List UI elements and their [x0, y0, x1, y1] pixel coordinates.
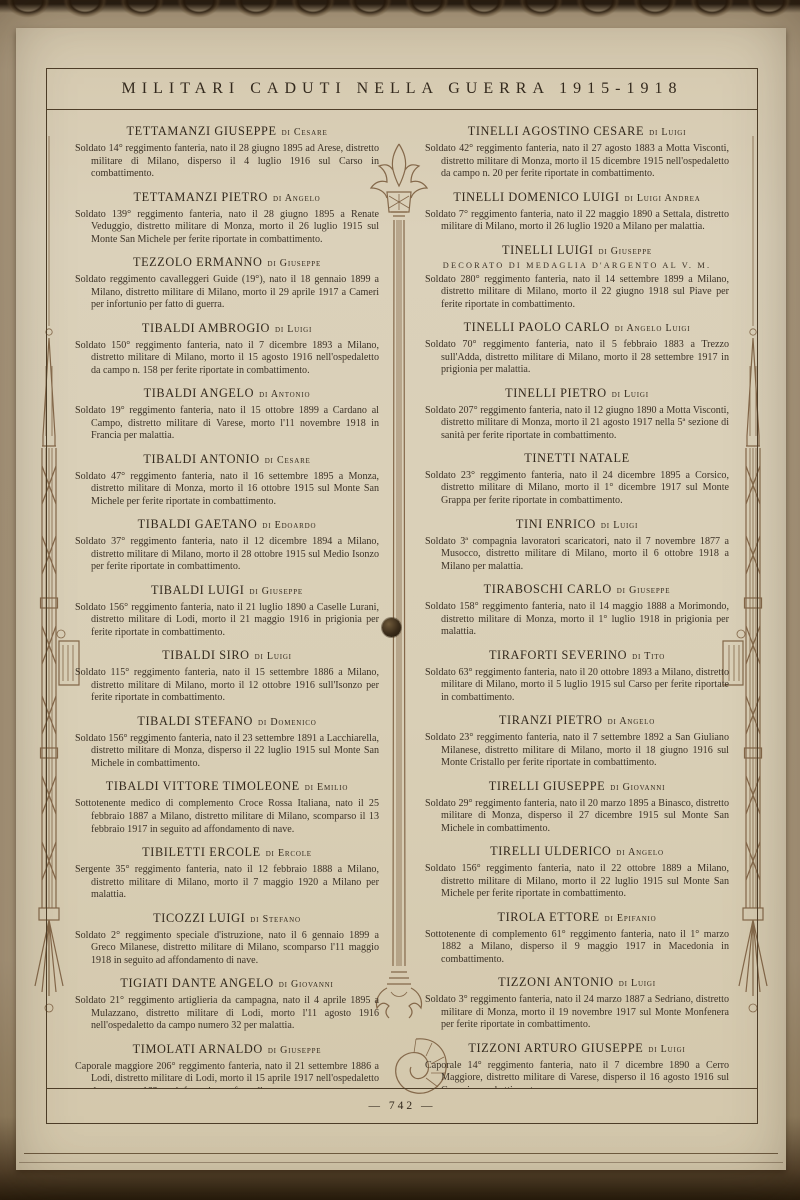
soldier-record: Soldato 3° reggimento fanteria, nato il …	[425, 994, 729, 1032]
soldier-name: TINELLI LUIGI	[502, 243, 593, 257]
soldier-record: Soldato 29° reggimento fanteria, nato il…	[425, 798, 729, 836]
soldier-record: Soldato 47° reggimento fanteria, nato il…	[75, 471, 379, 509]
soldier-patronymic: di Cesare	[282, 127, 328, 138]
soldier-name: TIRANZI PIETRO	[499, 713, 603, 727]
soldier-name: TINELLI AGOSTINO CESARE	[468, 124, 644, 138]
soldier-entry: TINELLI AGOSTINO CESAREdi Luigi Soldato …	[425, 124, 729, 181]
soldier-record: Soldato 14° reggimento fanteria, nato il…	[75, 143, 379, 181]
soldier-name: TETTAMANZI GIUSEPPE	[126, 124, 276, 138]
soldier-heading: TIGIATI DANTE ANGELOdi Giovanni	[75, 976, 379, 991]
soldier-patronymic: di Giovanni	[610, 782, 665, 793]
soldier-record: Soldato 156° reggimento fanteria, nato i…	[425, 863, 729, 901]
soldier-patronymic: di Luigi Andrea	[625, 193, 701, 204]
soldier-patronymic: di Ercole	[266, 848, 312, 859]
soldier-heading: TINELLI PIETROdi Luigi	[425, 386, 729, 401]
soldier-heading: TIBALDI AMBROGIOdi Luigi	[75, 321, 379, 336]
soldier-name: TIBALDI ANGELO	[144, 386, 255, 400]
soldier-record: Soldato 42° reggimento fanteria, nato il…	[425, 143, 729, 181]
soldier-name: TIBALDI AMBROGIO	[142, 321, 270, 335]
footer: — 742 —	[47, 1089, 757, 1123]
soldier-entry: TIZZONI ARTURO GIUSEPPEdi Luigi Caporale…	[425, 1041, 729, 1089]
soldier-heading: TIBALDI LUIGIdi Giuseppe	[75, 583, 379, 598]
soldier-name: TIRELLI ULDERICO	[490, 844, 611, 858]
soldier-entry: TIRELLI ULDERICOdi Angelo Soldato 156° r…	[425, 844, 729, 901]
page-edge-line-2	[19, 1162, 783, 1163]
soldier-name: TIRELLI GIUSEPPE	[489, 779, 606, 793]
soldier-name: TIMOLATI ARNALDO	[133, 1042, 263, 1056]
soldier-name: TIBALDI SIRO	[162, 648, 249, 662]
soldier-patronymic: di Antonio	[259, 389, 310, 400]
soldier-name: TIZZONI ANTONIO	[498, 975, 614, 989]
soldier-entry: TINELLI DOMENICO LUIGIdi Luigi Andrea So…	[425, 190, 729, 234]
soldier-record: Soldato 19° reggimento fanteria, nato il…	[75, 405, 379, 443]
soldier-heading: TIBALDI SIROdi Luigi	[75, 648, 379, 663]
soldier-heading: TINETTI NATALE	[425, 451, 729, 466]
soldier-entry: TIRAFORTI SEVERINOdi Tito Soldato 63° re…	[425, 648, 729, 705]
soldier-record: Soldato 63° reggimento fanteria, nato il…	[425, 667, 729, 705]
soldier-heading: TINELLI AGOSTINO CESAREdi Luigi	[425, 124, 729, 139]
soldier-entry: TIBALDI SIROdi Luigi Soldato 115° reggim…	[75, 648, 379, 705]
soldier-name: TINELLI PIETRO	[505, 386, 607, 400]
soldier-entry: TIBALDI VITTORE TIMOLEONEdi Emilio Sotto…	[75, 779, 379, 836]
column-right: TINELLI AGOSTINO CESAREdi Luigi Soldato …	[425, 124, 729, 1088]
soldier-entry: TICOZZI LUIGIdi Stefano Soldato 2° reggi…	[75, 911, 379, 968]
soldier-heading: TIRELLI ULDERICOdi Angelo	[425, 844, 729, 859]
page-edge-line	[24, 1153, 778, 1154]
soldier-record: Caporale 14° reggimento fanteria, nato i…	[425, 1060, 729, 1089]
soldier-name: TIZZONI ARTURO GIUSEPPE	[468, 1041, 643, 1055]
soldier-record: Sottotenente medico di complemento Croce…	[75, 798, 379, 836]
soldier-patronymic: di Angelo	[608, 716, 655, 727]
soldier-patronymic: di Giuseppe	[268, 1045, 322, 1056]
soldier-heading: TINELLI LUIGIdi Giuseppe	[425, 243, 729, 258]
soldier-patronymic: di Luigi	[255, 651, 292, 662]
soldier-name: TINI ENRICO	[516, 517, 596, 531]
soldier-patronymic: di Edoardo	[262, 520, 316, 531]
soldier-heading: TIBALDI STEFANOdi Domenico	[75, 714, 379, 729]
soldier-entry: TIBALDI ANTONIOdi Cesare Soldato 47° reg…	[75, 452, 379, 509]
soldier-entry: TIROLA ETTOREdi Epifanio Sottotenente di…	[425, 910, 729, 967]
soldier-record: Soldato 115° reggimento fanteria, nato i…	[75, 667, 379, 705]
soldier-record: Soldato 70° reggimento fanteria, nato il…	[425, 339, 729, 377]
title-band: MILITARI CADUTI NELLA GUERRA 1915-1918	[47, 69, 757, 110]
soldier-name: TIBALDI ANTONIO	[143, 452, 259, 466]
soldier-patronymic: di Angelo	[616, 847, 663, 858]
soldier-patronymic: di Angelo	[273, 193, 320, 204]
soldier-entry: TIRANZI PIETROdi Angelo Soldato 23° regg…	[425, 713, 729, 770]
soldier-name: TIBILETTI ERCOLE	[142, 845, 261, 859]
soldier-name: TIBALDI GAETANO	[138, 517, 258, 531]
soldier-entry: TIBALDI LUIGIdi Giuseppe Soldato 156° re…	[75, 583, 379, 640]
soldier-patronymic: di Tito	[632, 651, 665, 662]
soldier-record: Soldato 139° reggimento fanteria, nato i…	[75, 209, 379, 247]
soldier-name: TIGIATI DANTE ANGELO	[120, 976, 273, 990]
soldier-record: Soldato reggimento cavalleggeri Guide (1…	[75, 274, 379, 312]
soldier-patronymic: di Giuseppe	[268, 258, 322, 269]
soldier-entry: TIMOLATI ARNALDOdi Giuseppe Caporale mag…	[75, 1042, 379, 1089]
soldier-entry: TEZZOLO ERMANNOdi Giuseppe Soldato reggi…	[75, 255, 379, 312]
soldier-patronymic: di Cesare	[265, 455, 311, 466]
soldier-entry: TIRABOSCHI CARLOdi Giuseppe Soldato 158°…	[425, 582, 729, 639]
soldier-entry: TIRELLI GIUSEPPEdi Giovanni Soldato 29° …	[425, 779, 729, 836]
soldier-patronymic: di Giuseppe	[249, 586, 303, 597]
soldier-record: Soldato 150° reggimento fanteria, nato i…	[75, 340, 379, 378]
soldier-entry: TIBALDI GAETANOdi Edoardo Soldato 37° re…	[75, 517, 379, 574]
soldier-entry: TIBILETTI ERCOLEdi Ercole Sergente 35° r…	[75, 845, 379, 902]
soldier-name: TINELLI PAOLO CARLO	[464, 320, 610, 334]
content-area: TETTAMANZI GIUSEPPEdi Cesare Soldato 14°…	[47, 110, 757, 1089]
soldier-entry: TIBALDI AMBROGIOdi Luigi Soldato 150° re…	[75, 321, 379, 378]
soldier-patronymic: di Giovanni	[279, 979, 334, 990]
soldier-name: TIRAFORTI SEVERINO	[489, 648, 627, 662]
soldier-name: TIRABOSCHI CARLO	[484, 582, 612, 596]
soldier-heading: TETTAMANZI GIUSEPPEdi Cesare	[75, 124, 379, 139]
soldier-entry: TINELLI PAOLO CARLOdi Angelo Luigi Solda…	[425, 320, 729, 377]
soldier-record: Soldato 23° reggimento fanteria, nato il…	[425, 470, 729, 508]
soldier-record: Soldato 23° reggimento fanteria, nato il…	[425, 732, 729, 770]
soldier-name: TIROLA ETTORE	[497, 910, 599, 924]
soldier-name: TIBALDI VITTORE TIMOLEONE	[106, 779, 300, 793]
page-number: — 742 —	[369, 1100, 436, 1112]
soldier-patronymic: di Epifanio	[605, 913, 657, 924]
soldier-name: TINELLI DOMENICO LUIGI	[453, 190, 619, 204]
soldier-heading: TICOZZI LUIGIdi Stefano	[75, 911, 379, 926]
soldier-patronymic: di Giuseppe	[598, 246, 652, 257]
soldier-record: Soldato 7° reggimento fanteria, nato il …	[425, 209, 729, 234]
soldier-heading: TIRANZI PIETROdi Angelo	[425, 713, 729, 728]
soldier-record: Soldato 3ª compagnia lavoratori scaricat…	[425, 536, 729, 574]
soldier-record: Soldato 2° reggimento speciale d'istruzi…	[75, 930, 379, 968]
soldier-entry: TINELLI PIETROdi Luigi Soldato 207° regg…	[425, 386, 729, 443]
soldier-heading: TIBALDI GAETANOdi Edoardo	[75, 517, 379, 532]
soldier-patronymic: di Domenico	[258, 717, 317, 728]
soldier-heading: TIZZONI ANTONIOdi Luigi	[425, 975, 729, 990]
soldier-name: TIBALDI LUIGI	[151, 583, 245, 597]
soldier-patronymic: di Giuseppe	[617, 585, 671, 596]
soldier-heading: TIMOLATI ARNALDOdi Giuseppe	[75, 1042, 379, 1057]
soldier-name: TEZZOLO ERMANNO	[133, 255, 263, 269]
soldier-record: Soldato 37° reggimento fanteria, nato il…	[75, 536, 379, 574]
soldier-heading: TIBILETTI ERCOLEdi Ercole	[75, 845, 379, 860]
soldier-patronymic: di Luigi	[601, 520, 638, 531]
soldier-heading: TIBALDI ANTONIOdi Cesare	[75, 452, 379, 467]
scalloped-book-edge	[0, 0, 800, 26]
soldier-name: TIBALDI STEFANO	[137, 714, 253, 728]
soldier-record: Sottotenente di complemento 61° reggimen…	[425, 929, 729, 967]
soldier-record: Soldato 156° reggimento fanteria, nato i…	[75, 733, 379, 771]
soldier-record: Soldato 158° reggimento fanteria, nato i…	[425, 601, 729, 639]
soldier-name: TICOZZI LUIGI	[153, 911, 245, 925]
soldier-entry: TINI ENRICOdi Luigi Soldato 3ª compagnia…	[425, 517, 729, 574]
soldier-heading: TIBALDI ANGELOdi Antonio	[75, 386, 379, 401]
soldier-record: Soldato 156° reggimento fanteria, nato i…	[75, 602, 379, 640]
soldier-patronymic: di Stefano	[250, 914, 301, 925]
page-frame: MILITARI CADUTI NELLA GUERRA 1915-1918 T…	[46, 68, 758, 1124]
soldier-patronymic: di Emilio	[305, 782, 348, 793]
soldier-entry: TIBALDI STEFANOdi Domenico Soldato 156° …	[75, 714, 379, 771]
soldier-heading: TIZZONI ARTURO GIUSEPPEdi Luigi	[425, 1041, 729, 1056]
soldier-heading: TINELLI PAOLO CARLOdi Angelo Luigi	[425, 320, 729, 335]
soldier-patronymic: di Angelo Luigi	[615, 323, 691, 334]
soldier-heading: TIRABOSCHI CARLOdi Giuseppe	[425, 582, 729, 597]
soldier-patronymic: di Luigi	[649, 127, 686, 138]
soldier-entry: TETTAMANZI GIUSEPPEdi Cesare Soldato 14°…	[75, 124, 379, 181]
soldier-record: Caporale maggiore 206° reggimento fanter…	[75, 1061, 379, 1089]
soldier-heading: TINELLI DOMENICO LUIGIdi Luigi Andrea	[425, 190, 729, 205]
soldier-heading: TIRELLI GIUSEPPEdi Giovanni	[425, 779, 729, 794]
soldier-name: TETTAMANZI PIETRO	[133, 190, 268, 204]
soldier-decoration: DECORATO DI MEDAGLIA D'ARGENTO AL V. M.	[425, 261, 729, 270]
soldier-entry: TIGIATI DANTE ANGELOdi Giovanni Soldato …	[75, 976, 379, 1033]
soldier-heading: TETTAMANZI PIETROdi Angelo	[75, 190, 379, 205]
soldier-heading: TINI ENRICOdi Luigi	[425, 517, 729, 532]
soldier-heading: TIRAFORTI SEVERINOdi Tito	[425, 648, 729, 663]
book-page: MILITARI CADUTI NELLA GUERRA 1915-1918 T…	[16, 28, 786, 1170]
soldier-patronymic: di Luigi	[619, 978, 656, 989]
soldier-entry: TIBALDI ANGELOdi Antonio Soldato 19° reg…	[75, 386, 379, 443]
column-left: TETTAMANZI GIUSEPPEdi Cesare Soldato 14°…	[75, 124, 379, 1088]
soldier-entry: TETTAMANZI PIETROdi Angelo Soldato 139° …	[75, 190, 379, 247]
soldier-name: TINETTI NATALE	[524, 451, 629, 465]
soldier-heading: TEZZOLO ERMANNOdi Giuseppe	[75, 255, 379, 270]
page-title: MILITARI CADUTI NELLA GUERRA 1915-1918	[122, 80, 683, 98]
soldier-heading: TIROLA ETTOREdi Epifanio	[425, 910, 729, 925]
soldier-record: Soldato 21° reggimento artiglieria da ca…	[75, 995, 379, 1033]
soldier-entry: TINETTI NATALE Soldato 23° reggimento fa…	[425, 451, 729, 507]
soldier-patronymic: di Luigi	[612, 389, 649, 400]
soldier-patronymic: di Luigi	[648, 1044, 685, 1055]
soldier-record: Soldato 207° reggimento fanteria, nato i…	[425, 405, 729, 443]
soldier-patronymic: di Luigi	[275, 324, 312, 335]
soldier-record: Soldato 280° reggimento fanteria, nato i…	[425, 274, 729, 312]
soldier-entry: TIZZONI ANTONIOdi Luigi Soldato 3° reggi…	[425, 975, 729, 1032]
soldier-record: Sergente 35° reggimento fanteria, nato i…	[75, 864, 379, 902]
soldier-entry: TINELLI LUIGIdi Giuseppe DECORATO DI MED…	[425, 243, 729, 312]
soldier-heading: TIBALDI VITTORE TIMOLEONEdi Emilio	[75, 779, 379, 794]
